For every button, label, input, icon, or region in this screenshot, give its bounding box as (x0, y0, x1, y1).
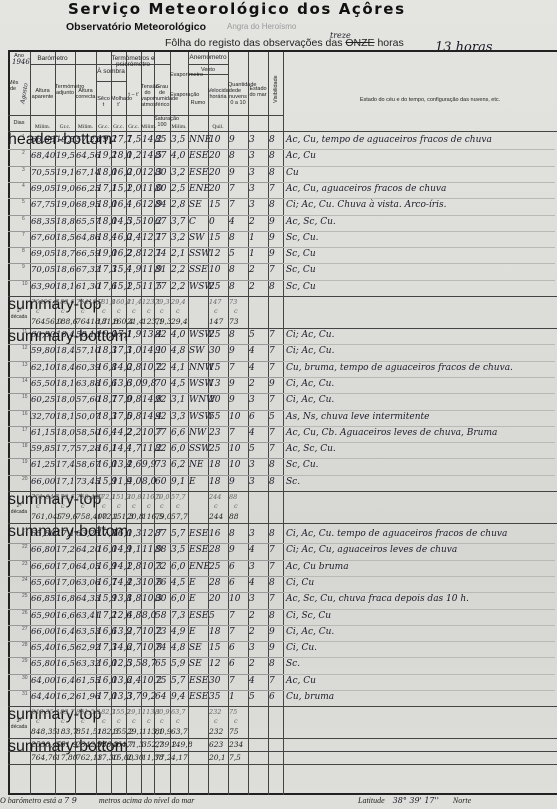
cell-seco: 17,3 (97, 529, 111, 539)
thick: header-bottom (8, 131, 557, 132)
cell-term: 19,0 (56, 200, 75, 210)
decade-3-faint: 232 (209, 708, 221, 716)
day-number: 30 (22, 675, 28, 681)
cell-alt_ap: 66,85 (31, 594, 55, 604)
cell-vel: 10 (209, 135, 228, 145)
cell-tensao: 12,1 (142, 233, 154, 243)
cell-vis: 8 (269, 578, 283, 588)
row-rule (283, 560, 555, 561)
cell-diff: 1,8 (127, 594, 141, 604)
altura-correcta-header: Altura correcta (75, 88, 96, 100)
cell-evap: 2,2 (171, 265, 188, 275)
cell-evap: 3,3 (171, 412, 188, 422)
cell-evap: 6,6 (171, 428, 188, 438)
decade-3-value: 183,7 (56, 727, 77, 736)
cell-alt_corr: 58,10 (76, 330, 96, 340)
cell-seco: 18,0 (97, 168, 111, 178)
cell-seco: 16,0 (97, 460, 111, 470)
day-number: 7 (22, 232, 25, 238)
cell-diff: 2,0 (127, 184, 141, 194)
cell-vel: 20 (209, 151, 228, 161)
cell-vis: 7 (269, 594, 283, 604)
cell-diff: 2,7 (127, 627, 141, 637)
cell-tensao: 14,4 (142, 412, 154, 422)
cell-molh: 17,7 (112, 135, 126, 145)
day-number: 15 (22, 394, 28, 400)
cell-seco: 16,7 (97, 578, 111, 588)
cell-vis: 9 (269, 233, 283, 243)
cell-alt_ap: 69,05 (31, 249, 55, 259)
cell-vel: 30 (209, 346, 228, 356)
cell-seco: 17,6 (97, 282, 111, 292)
cell-rumo: SW (189, 233, 208, 243)
row-rule (283, 690, 555, 691)
cell-nuv: 7 (229, 611, 248, 621)
cell-seco: 19,2 (97, 135, 111, 145)
cell-vis: 7 (269, 428, 283, 438)
decade-1-mark: c (176, 307, 180, 315)
row-divider (8, 609, 283, 610)
cell-tensao: 10,2 (142, 217, 154, 227)
cell-mar: 1 (249, 249, 268, 259)
cell-molh: 14,9 (112, 545, 126, 555)
row-rule (283, 280, 555, 281)
cell-diff: 2,5 (127, 282, 141, 292)
cell-hum: 67 (155, 217, 170, 227)
cell-tensao: 10,2 (142, 676, 154, 686)
cell-alt_ap: 66,85 (31, 135, 55, 145)
cell-evap: 6,2 (171, 460, 188, 470)
row-rule (283, 426, 555, 427)
cell-seco: 19,2 (97, 151, 111, 161)
day-number: 8 (22, 248, 25, 254)
cell-alt_ap: 61,15 (31, 428, 55, 438)
decade-3-mark: c (147, 717, 151, 725)
cell-seco: 15,9 (97, 477, 111, 487)
cell-molh: 12,6 (112, 611, 126, 621)
cell-nuv: 6 (229, 643, 248, 653)
decade-2-faint: 20,8 (127, 493, 141, 501)
cell-mar: 3 (249, 562, 268, 572)
cell-evap: 9,1 (171, 477, 188, 487)
column-divider (283, 52, 284, 795)
remarks-text: Ac, Sc, Cu. (286, 217, 336, 227)
cell-term: 16,4 (56, 627, 75, 637)
anemometer-header: Anemómetro (188, 55, 228, 61)
row-rule (283, 231, 555, 232)
decade-1-value: 79,3 (155, 317, 172, 326)
cell-alt_corr: 58,67 (76, 460, 96, 470)
day-number: 18 (22, 443, 28, 449)
média-value: 17,80 (56, 753, 77, 762)
cell-nuv: 10 (229, 444, 248, 454)
unit-label: Gr.c. (126, 124, 141, 130)
cell-evap: 4,0 (171, 151, 188, 161)
row-divider (8, 458, 283, 459)
cell-nuv: 7 (229, 627, 248, 637)
decade-3-mark: c (117, 717, 121, 725)
cell-vel: 28 (209, 578, 228, 588)
cell-evap: 4,5 (171, 578, 188, 588)
row-divider (8, 247, 283, 248)
thick: summary-top (8, 491, 557, 492)
cell-hum: 88 (155, 545, 170, 555)
decade-3-mark: c (160, 717, 164, 725)
cell-alt_corr: 63,25 (76, 529, 96, 539)
latitude-value: 38° 39' 17'' (393, 796, 439, 805)
cell-evap: 5,7 (171, 529, 188, 539)
cell-vis: 8 (269, 200, 283, 210)
cell-evap: 4,8 (171, 643, 188, 653)
tensao-header: Tensão do vapor atmosférico (141, 84, 154, 108)
unit-label: Gr.c. (55, 124, 75, 130)
cell-vis: 7 (269, 545, 283, 555)
saturacao-header: Saturação 100 (154, 116, 170, 128)
soma-value: 623 (209, 740, 223, 749)
cell-mar: 2 (249, 217, 268, 227)
cell-alt_corr: 66,25 (76, 184, 96, 194)
cell-tensao: 13,4 (142, 330, 154, 340)
row-rule (283, 149, 555, 150)
cell-rumo: WSW (189, 282, 208, 292)
cell-mar: 5 (249, 692, 268, 702)
cell-vel: 12 (209, 249, 228, 259)
cell-nuv: 4 (229, 217, 248, 227)
remarks-text: Ci, Cu. (286, 643, 317, 653)
cell-diff: 1,9 (127, 330, 141, 340)
cell-mar: 3 (249, 477, 268, 487)
cell-nuv: 7 (229, 676, 248, 686)
evaporimetro-header: Evaporímetro (170, 72, 188, 78)
cell-vel: 15 (209, 643, 228, 653)
unit-label: Milim. (141, 124, 154, 130)
cell-term: 19,5 (56, 135, 75, 145)
cell-alt_corr: 64,05 (76, 562, 96, 572)
day-number: 23 (22, 561, 28, 567)
cell-alt_ap: 63,90 (31, 282, 55, 292)
decade-2-value: 179,6 (56, 512, 77, 521)
cell-mar: 2 (249, 659, 268, 669)
cell-alt_corr: 62,92 (76, 643, 96, 653)
decade-3-faint: 29,1 (127, 708, 141, 716)
cell-diff: 1,3 (127, 529, 141, 539)
decade-1-mark: c (234, 307, 238, 315)
cell-molh: 14,0 (112, 363, 126, 373)
row-rule (283, 410, 555, 411)
cell-alt_corr: 63,32 (76, 659, 96, 669)
cell-diff: 2,8 (127, 249, 141, 259)
thermometers-header: Termómetros e psicrómetro (96, 56, 170, 68)
day-number: 9 (22, 264, 25, 270)
cell-vis: 9 (269, 217, 283, 227)
day-number: 28 (22, 642, 28, 648)
cell-tensao: 10,8 (142, 643, 154, 653)
cell-seco: 19,0 (97, 249, 111, 259)
cell-tensao: 10,3 (142, 594, 154, 604)
totals-divider (8, 751, 557, 752)
cell-vis: 9 (269, 379, 283, 389)
cell-tensao: 8,0 (142, 477, 154, 487)
cell-term: 19,0 (56, 184, 75, 194)
barometer-prefix: O barómetro está a (0, 796, 62, 805)
cell-tensao: 8,0 (142, 611, 154, 621)
day-number: 26 (22, 610, 28, 616)
cell-diff: 2,4 (127, 233, 141, 243)
row-rule (283, 215, 555, 216)
day-number: 13 (22, 362, 28, 368)
cell-diff: 0,8 (127, 412, 141, 422)
cell-rumo: ENE (189, 562, 208, 572)
decade-3-mark: c (61, 717, 65, 725)
cell-molh: 14,4 (112, 578, 126, 588)
decade-2-value: 88 (229, 512, 239, 521)
decade-2-faint: 79,0 (155, 493, 169, 501)
decade-2-mark: c (147, 502, 151, 510)
decade-2-value: 79,0 (155, 512, 172, 521)
cell-hum: 65 (155, 659, 170, 669)
cell-term: 18,1 (56, 282, 75, 292)
decade-1-faint: 29,4 (171, 298, 185, 306)
remarks-text: Sc, Cu. (286, 460, 318, 470)
day-number: 20 (22, 476, 28, 482)
cell-hum: 70 (155, 379, 170, 389)
cell-nuv: 8 (229, 282, 248, 292)
cell-vis: 8 (269, 168, 283, 178)
cell-vis: 7 (269, 395, 283, 405)
cell-molh: 13,9 (112, 627, 126, 637)
row-divider (8, 426, 283, 427)
decade-3-faint: 75 (229, 708, 237, 716)
cell-seco: 16,6 (97, 627, 111, 637)
remarks-text: Ci; Ac, Cu. Chuva à vista. Arco-íris. (286, 200, 446, 210)
cell-molh: 16,0 (112, 233, 126, 243)
cell-vel: 0 (209, 217, 228, 227)
cell-vis: 7 (269, 363, 283, 373)
cell-diff: 1,1 (127, 545, 141, 555)
cell-tensao: 10,2 (142, 627, 154, 637)
cell-diff: 2,0 (127, 168, 141, 178)
row-divider (8, 625, 283, 626)
observation-sheet: Serviço Meteorológico dos Açôres Observa… (0, 0, 557, 809)
cell-rumo: E (189, 477, 208, 487)
cell-hum: 87 (155, 529, 170, 539)
cell-molh: 16,0 (112, 529, 126, 539)
decade-3-value: 848,35 (31, 727, 57, 736)
cell-rumo: WNW (189, 395, 208, 405)
cell-term: 16,5 (56, 643, 75, 653)
cell-seco: 16,8 (97, 363, 111, 373)
day-number: 1 (22, 134, 25, 140)
cell-alt_ap: 64,00 (31, 676, 55, 686)
row-rule (283, 458, 555, 459)
cell-vel: 13 (209, 379, 228, 389)
cell-hum: 74 (155, 249, 170, 259)
molhado-header: Molhado t' (111, 96, 126, 108)
decade-2-mark: c (234, 502, 238, 510)
cell-nuv: 10 (229, 594, 248, 604)
cell-term: 18,4 (56, 330, 75, 340)
cell-tensao: 11,9 (142, 545, 154, 555)
cell-rumo: E (189, 627, 208, 637)
thick: summary-bottom (8, 328, 557, 329)
cell-nuv: 1 (229, 692, 248, 702)
cell-nuv: 6 (229, 659, 248, 669)
cell-seco: 16,9 (97, 562, 111, 572)
cell-mar: 4 (249, 578, 268, 588)
cell-vis: 9 (269, 643, 283, 653)
row-divider (8, 393, 283, 394)
cell-molh: 16,4 (112, 200, 126, 210)
cell-nuv: 10 (229, 460, 248, 470)
cell-nuv: 6 (229, 562, 248, 572)
cell-vel: 16 (209, 529, 228, 539)
day-number: 11 (22, 329, 27, 335)
cell-alt_ap: 64,40 (31, 692, 55, 702)
row-divider (8, 149, 283, 150)
cell-evap: 3,5 (171, 135, 188, 145)
decade-2-value: 57,7 (171, 512, 188, 521)
wind-header: Vento (188, 67, 228, 73)
cell-mar: 4 (249, 676, 268, 686)
cell-evap: 6,0 (171, 562, 188, 572)
cell-rumo: SE (189, 643, 208, 653)
cell-seco: 16,6 (97, 379, 111, 389)
cell-seco: 16,0 (97, 659, 111, 669)
cell-seco: 16,1 (97, 444, 111, 454)
cell-hum: 60 (155, 477, 170, 487)
cell-rumo: WSW (189, 330, 208, 340)
cell-alt_ap: 70,55 (31, 168, 55, 178)
row-rule (283, 263, 555, 264)
cell-alt_ap: 66,00 (31, 627, 55, 637)
cell-diff: 1,6 (127, 200, 141, 210)
decade-1-mark: c (81, 307, 85, 315)
cell-tensao: 12,9 (142, 200, 154, 210)
visibility-header: Visibilidade (273, 83, 279, 103)
cell-rumo: ESE (189, 151, 208, 161)
cell-tensao: 11,9 (142, 265, 154, 275)
cell-diff: 1,7 (127, 444, 141, 454)
cell-evap: 6,0 (171, 594, 188, 604)
cell-alt_corr: 67,32 (76, 265, 96, 275)
barometer-value: 7 9 (64, 796, 77, 805)
cell-alt_ap: 67,60 (31, 233, 55, 243)
soma-value: 149,8 (171, 740, 192, 749)
cell-tensao: 8,7 (142, 659, 154, 669)
cell-alt_ap: 66,00 (31, 477, 55, 487)
cell-seco: 17,2 (97, 611, 111, 621)
decade-1-mark: c (214, 307, 218, 315)
cell-diff: 3,5 (127, 659, 141, 669)
thick: summary-bottom (8, 523, 557, 524)
row-divider (8, 576, 283, 577)
cell-alt_ap: 65,90 (31, 611, 55, 621)
cell-diff: 4,0 (127, 477, 141, 487)
cell-term: 18,4 (56, 363, 75, 373)
decade-1-value: 188,6 (56, 317, 77, 326)
cell-diff: 3,7 (127, 692, 141, 702)
row-rule (283, 543, 555, 544)
cell-evap: 4,1 (171, 363, 188, 373)
cell-rumo: C (189, 217, 208, 227)
cell-vel: 23 (209, 428, 228, 438)
cell-rumo: SE (189, 659, 208, 669)
row-divider (8, 543, 283, 544)
cell-alt_corr: 57,10 (76, 346, 96, 356)
cell-rumo: ESE (189, 168, 208, 178)
cell-rumo: E (189, 578, 208, 588)
decade-1-mark: c (160, 307, 164, 315)
decade-2-faint: 57,7 (171, 493, 185, 501)
day-number: 31 (22, 691, 28, 697)
cell-alt_ap: 67,75 (31, 200, 55, 210)
cell-alt_corr: 61,96 (76, 692, 96, 702)
decade-1-faint: 79,3 (155, 298, 169, 306)
unit-label: Gr.c. (111, 124, 126, 130)
cell-nuv: 7 (229, 184, 248, 194)
cell-evap: 4,9 (171, 627, 188, 637)
decade-1-faint: 147 (209, 298, 221, 306)
cell-hum: 92 (155, 395, 170, 405)
row-rule (283, 182, 555, 183)
remarks-text: Ci, Cu (286, 578, 314, 588)
cell-term: 17,1 (56, 477, 75, 487)
cell-term: 17,0 (56, 562, 75, 572)
cell-diff: 2,8 (127, 562, 141, 572)
day-number: 27 (22, 626, 28, 632)
cell-hum: 74 (155, 643, 170, 653)
cell-rumo: SW (189, 346, 208, 356)
unit-label: Quil. (208, 124, 228, 130)
cell-evap: 9,4 (171, 692, 188, 702)
row-divider (8, 560, 283, 561)
cell-term: 16,5 (56, 659, 75, 669)
cell-alt_corr: 63,41 (76, 611, 96, 621)
row-rule (283, 609, 555, 610)
decade-3-value: 75 (229, 727, 239, 736)
decade-3-mark: c (81, 717, 85, 725)
cell-molh: 13,3 (112, 692, 126, 702)
year-value: 1946 (12, 58, 30, 66)
row-rule (283, 625, 555, 626)
altura-aparente-header: Altura aparente (30, 88, 55, 100)
decade-2-faint: 88 (229, 493, 237, 501)
latitude-label: Latitude (358, 796, 385, 805)
cell-nuv: 8 (229, 529, 248, 539)
cell-nuv: 7 (229, 363, 248, 373)
cell-nuv: 9 (229, 168, 248, 178)
cell-vel: 18 (209, 627, 228, 637)
day-number: 2 (22, 150, 25, 156)
thick: summary-top (8, 706, 557, 707)
cell-molh: 13,6 (112, 379, 126, 389)
cell-term: 17,2 (56, 545, 75, 555)
decade-2-mark: c (102, 502, 106, 510)
cell-alt_ap: 65,80 (31, 659, 55, 669)
cell-evap: 3,2 (171, 168, 188, 178)
cell-term: 19,1 (56, 168, 75, 178)
row-rule (283, 442, 555, 443)
cell-hum: 72 (155, 363, 170, 373)
decade-3-mark: c (214, 717, 218, 725)
day-number: 3 (22, 167, 25, 173)
cell-alt_corr: 64,86 (76, 233, 96, 243)
cell-vis: 7 (269, 184, 283, 194)
cell-tensao: 10,7 (142, 428, 154, 438)
month-label: Mês de (8, 80, 18, 92)
row-divider (8, 344, 283, 345)
cell-rumo: WSW (189, 412, 208, 422)
